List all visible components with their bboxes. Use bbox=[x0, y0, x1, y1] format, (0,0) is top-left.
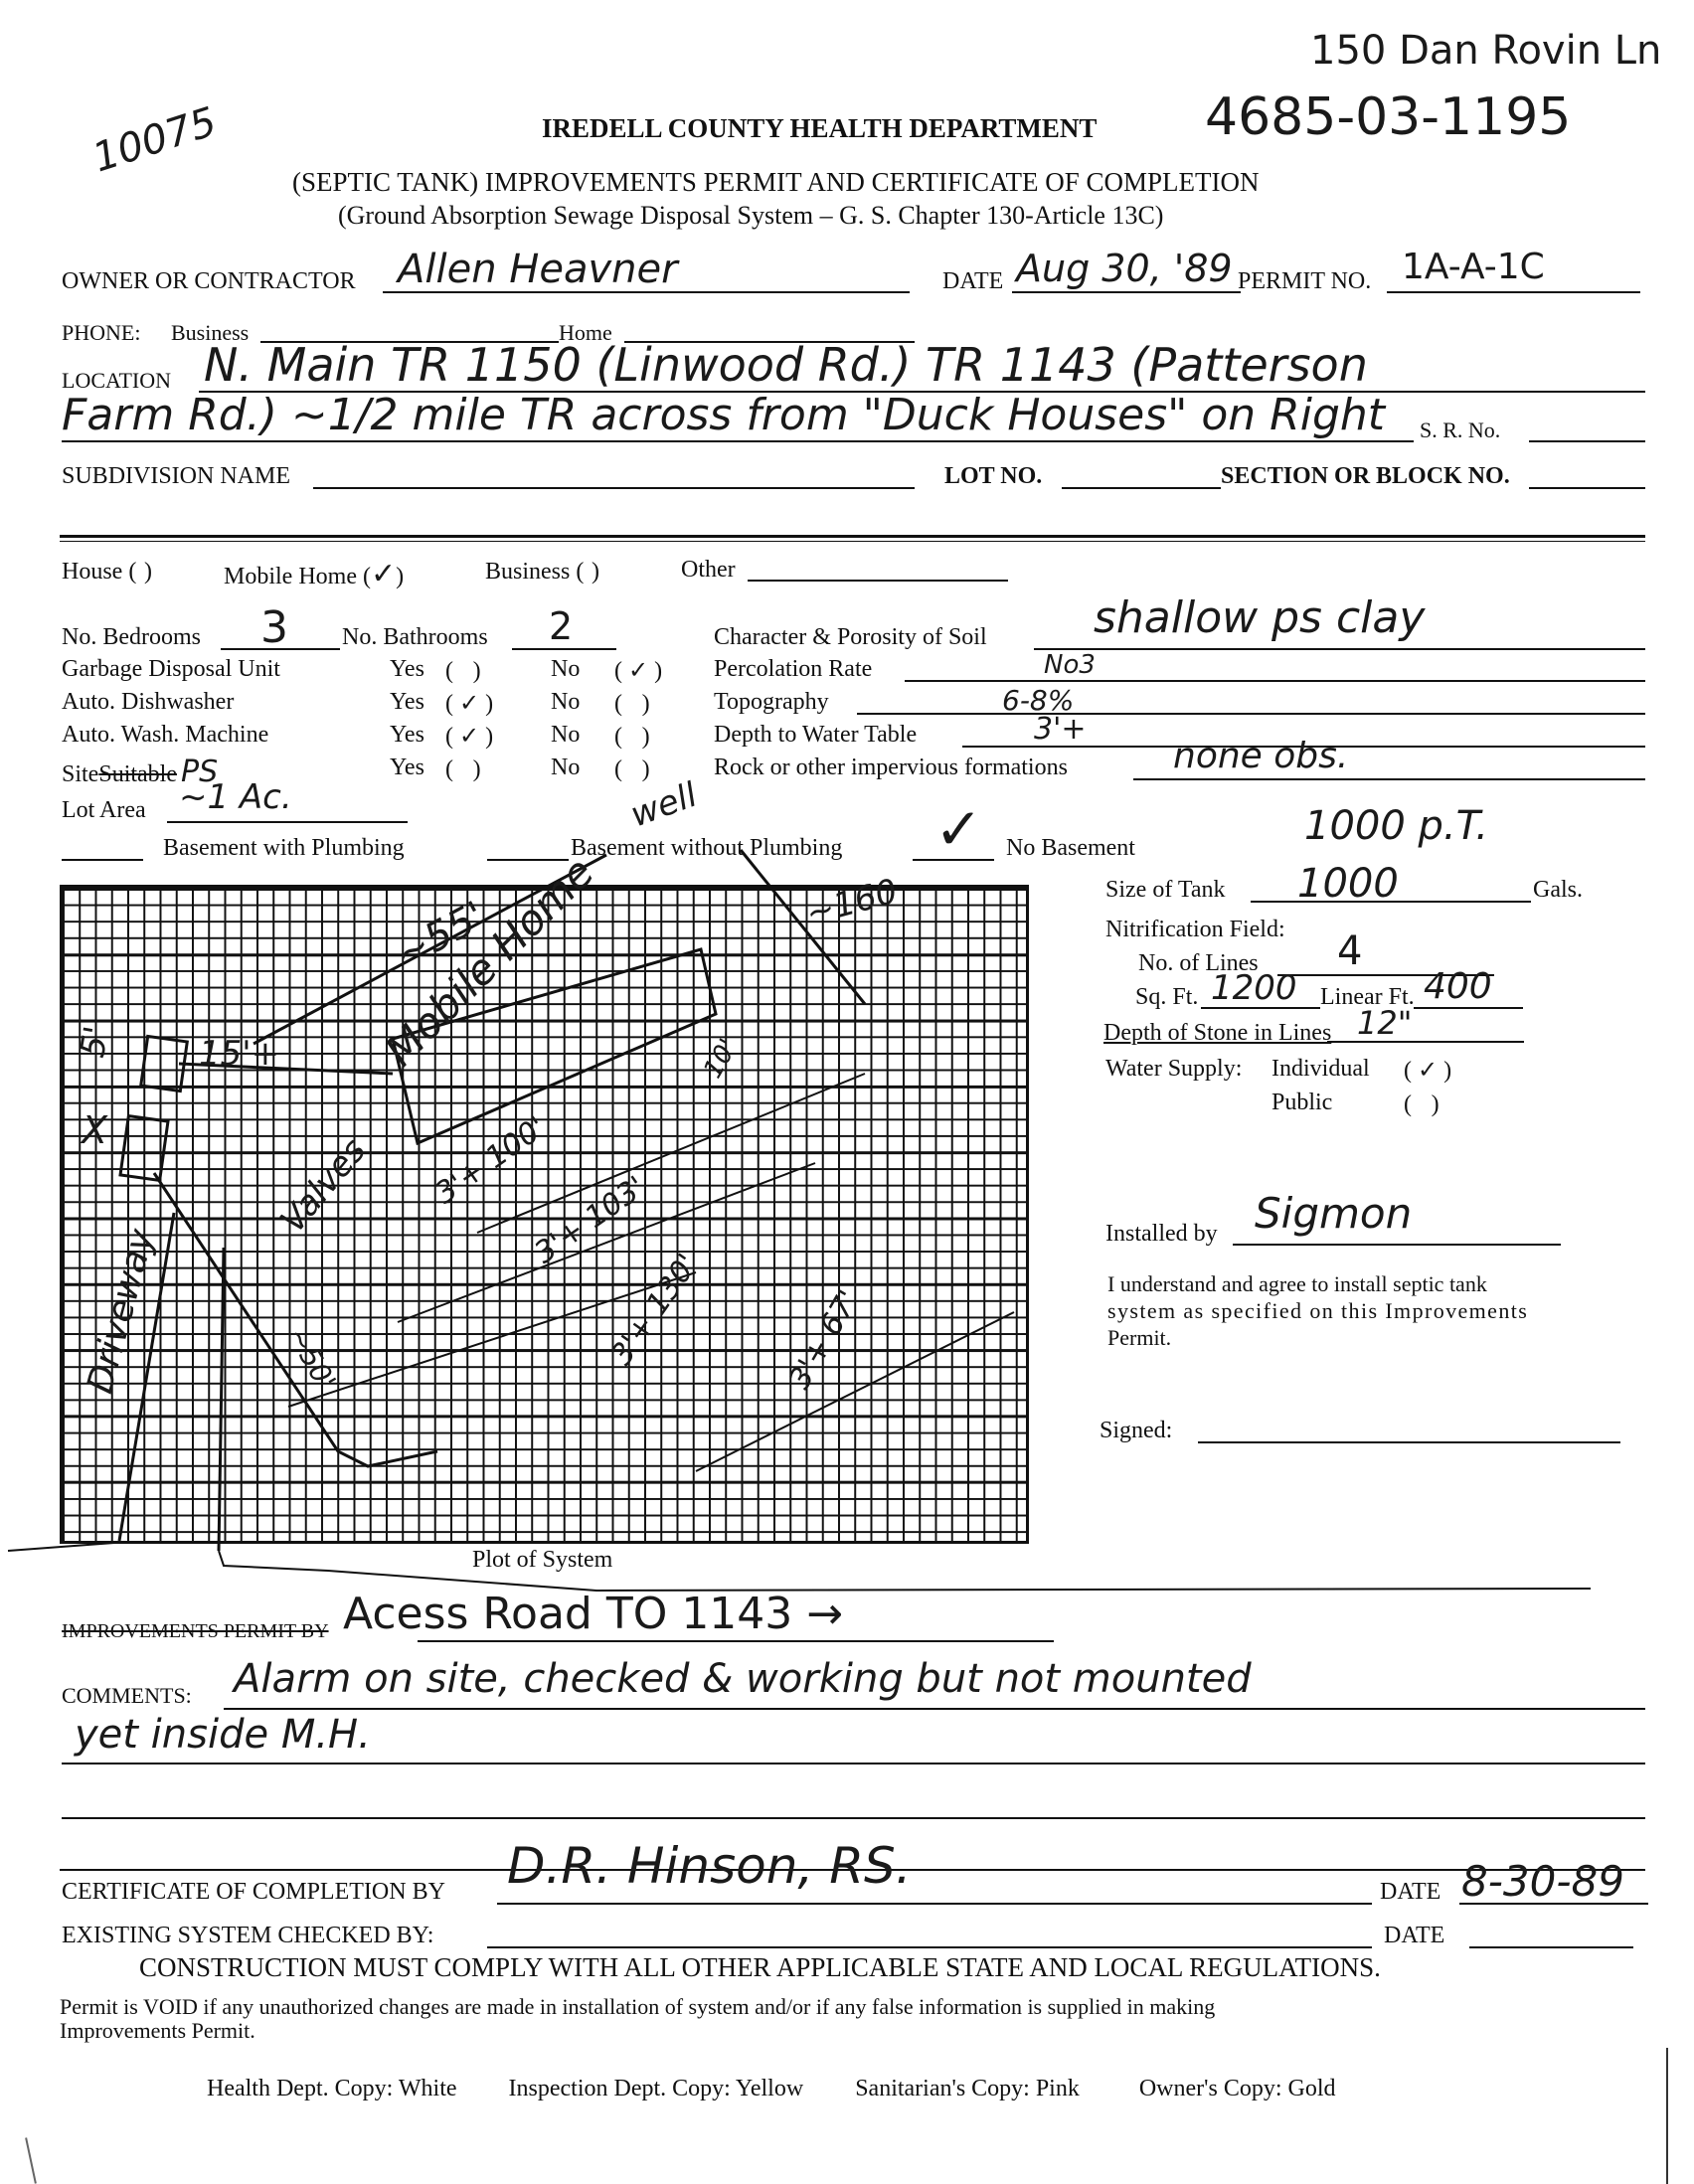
existing-label: EXISTING SYSTEM CHECKED BY: bbox=[62, 1923, 433, 1949]
comments-line-3[interactable] bbox=[62, 1817, 1645, 1819]
plot-label-5: 5' bbox=[73, 1023, 117, 1060]
certificate-label: CERTIFICATE OF COMPLETION BY bbox=[62, 1879, 445, 1906]
comments-value-2: yet inside M.H. bbox=[75, 1712, 371, 1758]
copy-sanitarian: Sanitarian's Copy: Pink bbox=[855, 2076, 1080, 2101]
comments-value-1: Alarm on site, checked & working but not… bbox=[234, 1656, 1252, 1702]
void-notice-1: Permit is VOID if any unauthorized chang… bbox=[60, 1994, 1215, 2020]
copy-health: Health Dept. Copy: White bbox=[207, 2076, 457, 2101]
comments-line-1[interactable] bbox=[224, 1708, 1645, 1710]
certificate-date-label: DATE bbox=[1380, 1879, 1440, 1906]
certificate-field[interactable] bbox=[497, 1903, 1372, 1905]
plot-caption: Plot of System bbox=[472, 1547, 612, 1574]
copy-owner: Owner's Copy: Gold bbox=[1139, 2076, 1336, 2101]
existing-date-label: DATE bbox=[1384, 1923, 1444, 1949]
plot-label-15: 15'+ bbox=[199, 1034, 279, 1074]
plot-label-x: X bbox=[82, 1108, 107, 1152]
void-notice-2: Improvements Permit. bbox=[60, 2018, 255, 2044]
existing-field[interactable] bbox=[487, 1946, 1372, 1948]
existing-date-field[interactable] bbox=[1469, 1946, 1633, 1948]
copy-inspection: Inspection Dept. Copy: Yellow bbox=[509, 2076, 804, 2101]
improvements-field[interactable] bbox=[418, 1640, 1054, 1642]
improvements-label: IMPROVEMENTS PERMIT BY bbox=[62, 1620, 329, 1643]
copy-distribution: Health Dept. Copy: White Inspection Dept… bbox=[207, 2076, 1336, 2102]
certificate-date-value: 8-30-89 bbox=[1461, 1857, 1624, 1906]
certificate-value: D.R. Hinson, RS. bbox=[507, 1837, 912, 1895]
scan-edge-mark bbox=[1666, 2048, 1668, 2184]
comments-label: COMMENTS: bbox=[62, 1683, 192, 1709]
improvements-value: Acess Road TO 1143 → bbox=[343, 1589, 843, 1639]
comments-line-2[interactable] bbox=[62, 1763, 1645, 1764]
compliance-notice: CONSTRUCTION MUST COMPLY WITH ALL OTHER … bbox=[139, 1952, 1381, 1983]
